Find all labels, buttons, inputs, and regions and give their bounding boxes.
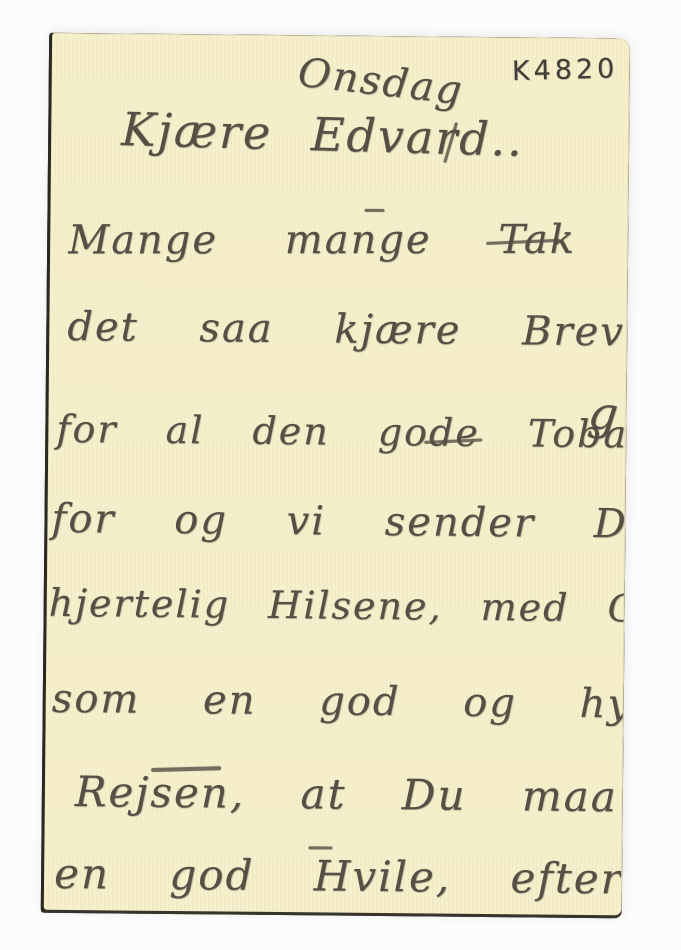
pencil-dash-stroke: [308, 846, 332, 849]
letter-date: Onsdag: [296, 52, 466, 113]
letter-line: det saa kjære Brev: [67, 306, 625, 353]
pencil-dash-stroke: [364, 209, 384, 212]
letter-line: for og vi sender Dig en: [51, 498, 630, 547]
letter-line: for al den gode Tobakker: [56, 410, 630, 456]
scan-background: K4820 Onsdag Kjære Edvard.. Mange mange …: [0, 0, 681, 950]
letter-line: Rejsen, at Du maa faa: [75, 770, 630, 821]
letter-line: en god Hvile, efter: [54, 852, 623, 902]
letter-salutation: Kjære Edvard..: [121, 105, 525, 164]
letter-card: K4820 Onsdag Kjære Edvard.. Mange mange …: [44, 33, 630, 916]
archive-number: K4820: [512, 55, 619, 85]
letter-line: som en god og hyggelig: [52, 678, 631, 727]
letter-line: hjertelig Hilsene, med Gustav: [49, 584, 631, 631]
